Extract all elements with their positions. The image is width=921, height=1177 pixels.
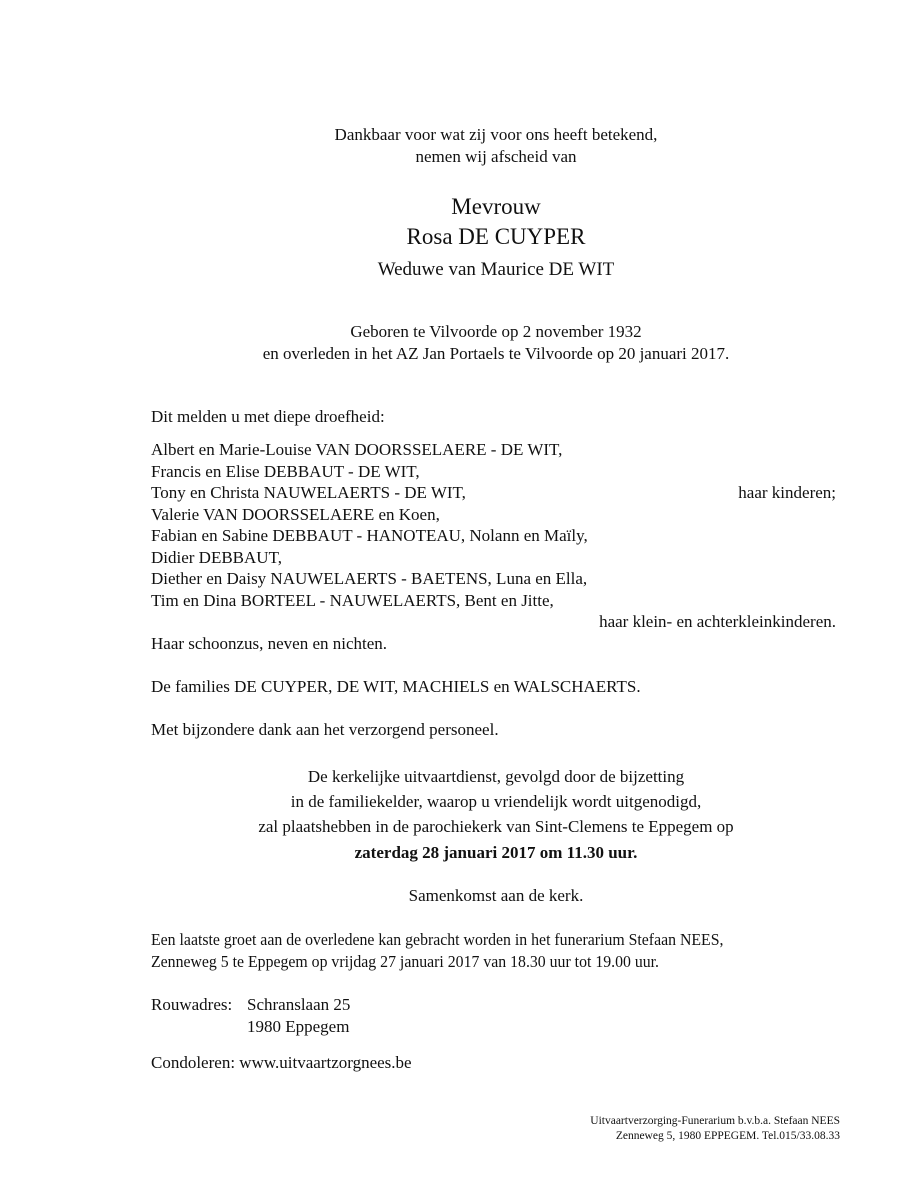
farewell-line-2: Zenneweg 5 te Eppegem op vrijdag 27 janu… — [151, 951, 659, 973]
service-line-1: De kerkelijke uitvaartdienst, gevolgd do… — [0, 766, 921, 788]
gathering: Samenkomst aan de kerk. — [0, 885, 921, 907]
condolences-link[interactable]: www.uitvaartzorgnees.be — [239, 1053, 411, 1072]
thanks: Met bijzondere dank aan het verzorgend p… — [151, 719, 499, 741]
list-item: Tony en Christa NAUWELAERTS - DE WIT, — [151, 482, 466, 504]
list-item: Didier DEBBAUT, — [151, 547, 282, 569]
relatives: Haar schoonzus, neven en nichten. — [151, 633, 387, 655]
address-label: Rouwadres: — [151, 994, 232, 1016]
grandchildren-label: haar klein- en achterkleinkinderen. — [599, 611, 836, 633]
born-line: Geboren te Vilvoorde op 2 november 1932 — [0, 321, 921, 343]
farewell-line-1: Een laatste groet aan de overledene kan … — [151, 929, 723, 951]
address-street: Schranslaan 25 — [247, 994, 350, 1016]
announcement: Dit melden u met diepe droefheid: — [151, 406, 385, 428]
service-line-2: in de familiekelder, waarop u vriendelij… — [0, 791, 921, 813]
footer-line-1: Uitvaartverzorging-Funerarium b.v.b.a. S… — [590, 1114, 840, 1129]
deceased-name: Rosa DE CUYPER — [0, 222, 921, 252]
children-label: haar kinderen; — [738, 482, 836, 504]
address-city: 1980 Eppegem — [247, 1016, 349, 1038]
list-item: Tim en Dina BORTEEL - NAUWELAERTS, Bent … — [151, 590, 554, 612]
widow-of: Weduwe van Maurice DE WIT — [0, 258, 921, 282]
service-date: zaterdag 28 januari 2017 om 11.30 uur. — [0, 842, 921, 864]
died-line: en overleden in het AZ Jan Portaels te V… — [0, 343, 921, 365]
service-line-3: zal plaatshebben in de parochiekerk van … — [0, 816, 921, 838]
condolences: Condoleren: www.uitvaartzorgnees.be — [151, 1052, 412, 1074]
list-item: Albert en Marie-Louise VAN DOORSSELAERE … — [151, 439, 562, 461]
list-item: Diether en Daisy NAUWELAERTS - BAETENS, … — [151, 568, 587, 590]
list-item: Valerie VAN DOORSSELAERE en Koen, — [151, 504, 440, 526]
intro-line-1: Dankbaar voor wat zij voor ons heeft bet… — [0, 124, 921, 146]
intro-line-2: nemen wij afscheid van — [0, 146, 921, 168]
list-item: Fabian en Sabine DEBBAUT - HANOTEAU, Nol… — [151, 525, 588, 547]
footer-line-2: Zenneweg 5, 1980 EPPEGEM. Tel.015/33.08.… — [616, 1129, 840, 1144]
list-item: Francis en Elise DEBBAUT - DE WIT, — [151, 461, 420, 483]
families: De families DE CUYPER, DE WIT, MACHIELS … — [151, 676, 641, 698]
salutation: Mevrouw — [0, 192, 921, 222]
condolences-label: Condoleren: — [151, 1053, 235, 1072]
